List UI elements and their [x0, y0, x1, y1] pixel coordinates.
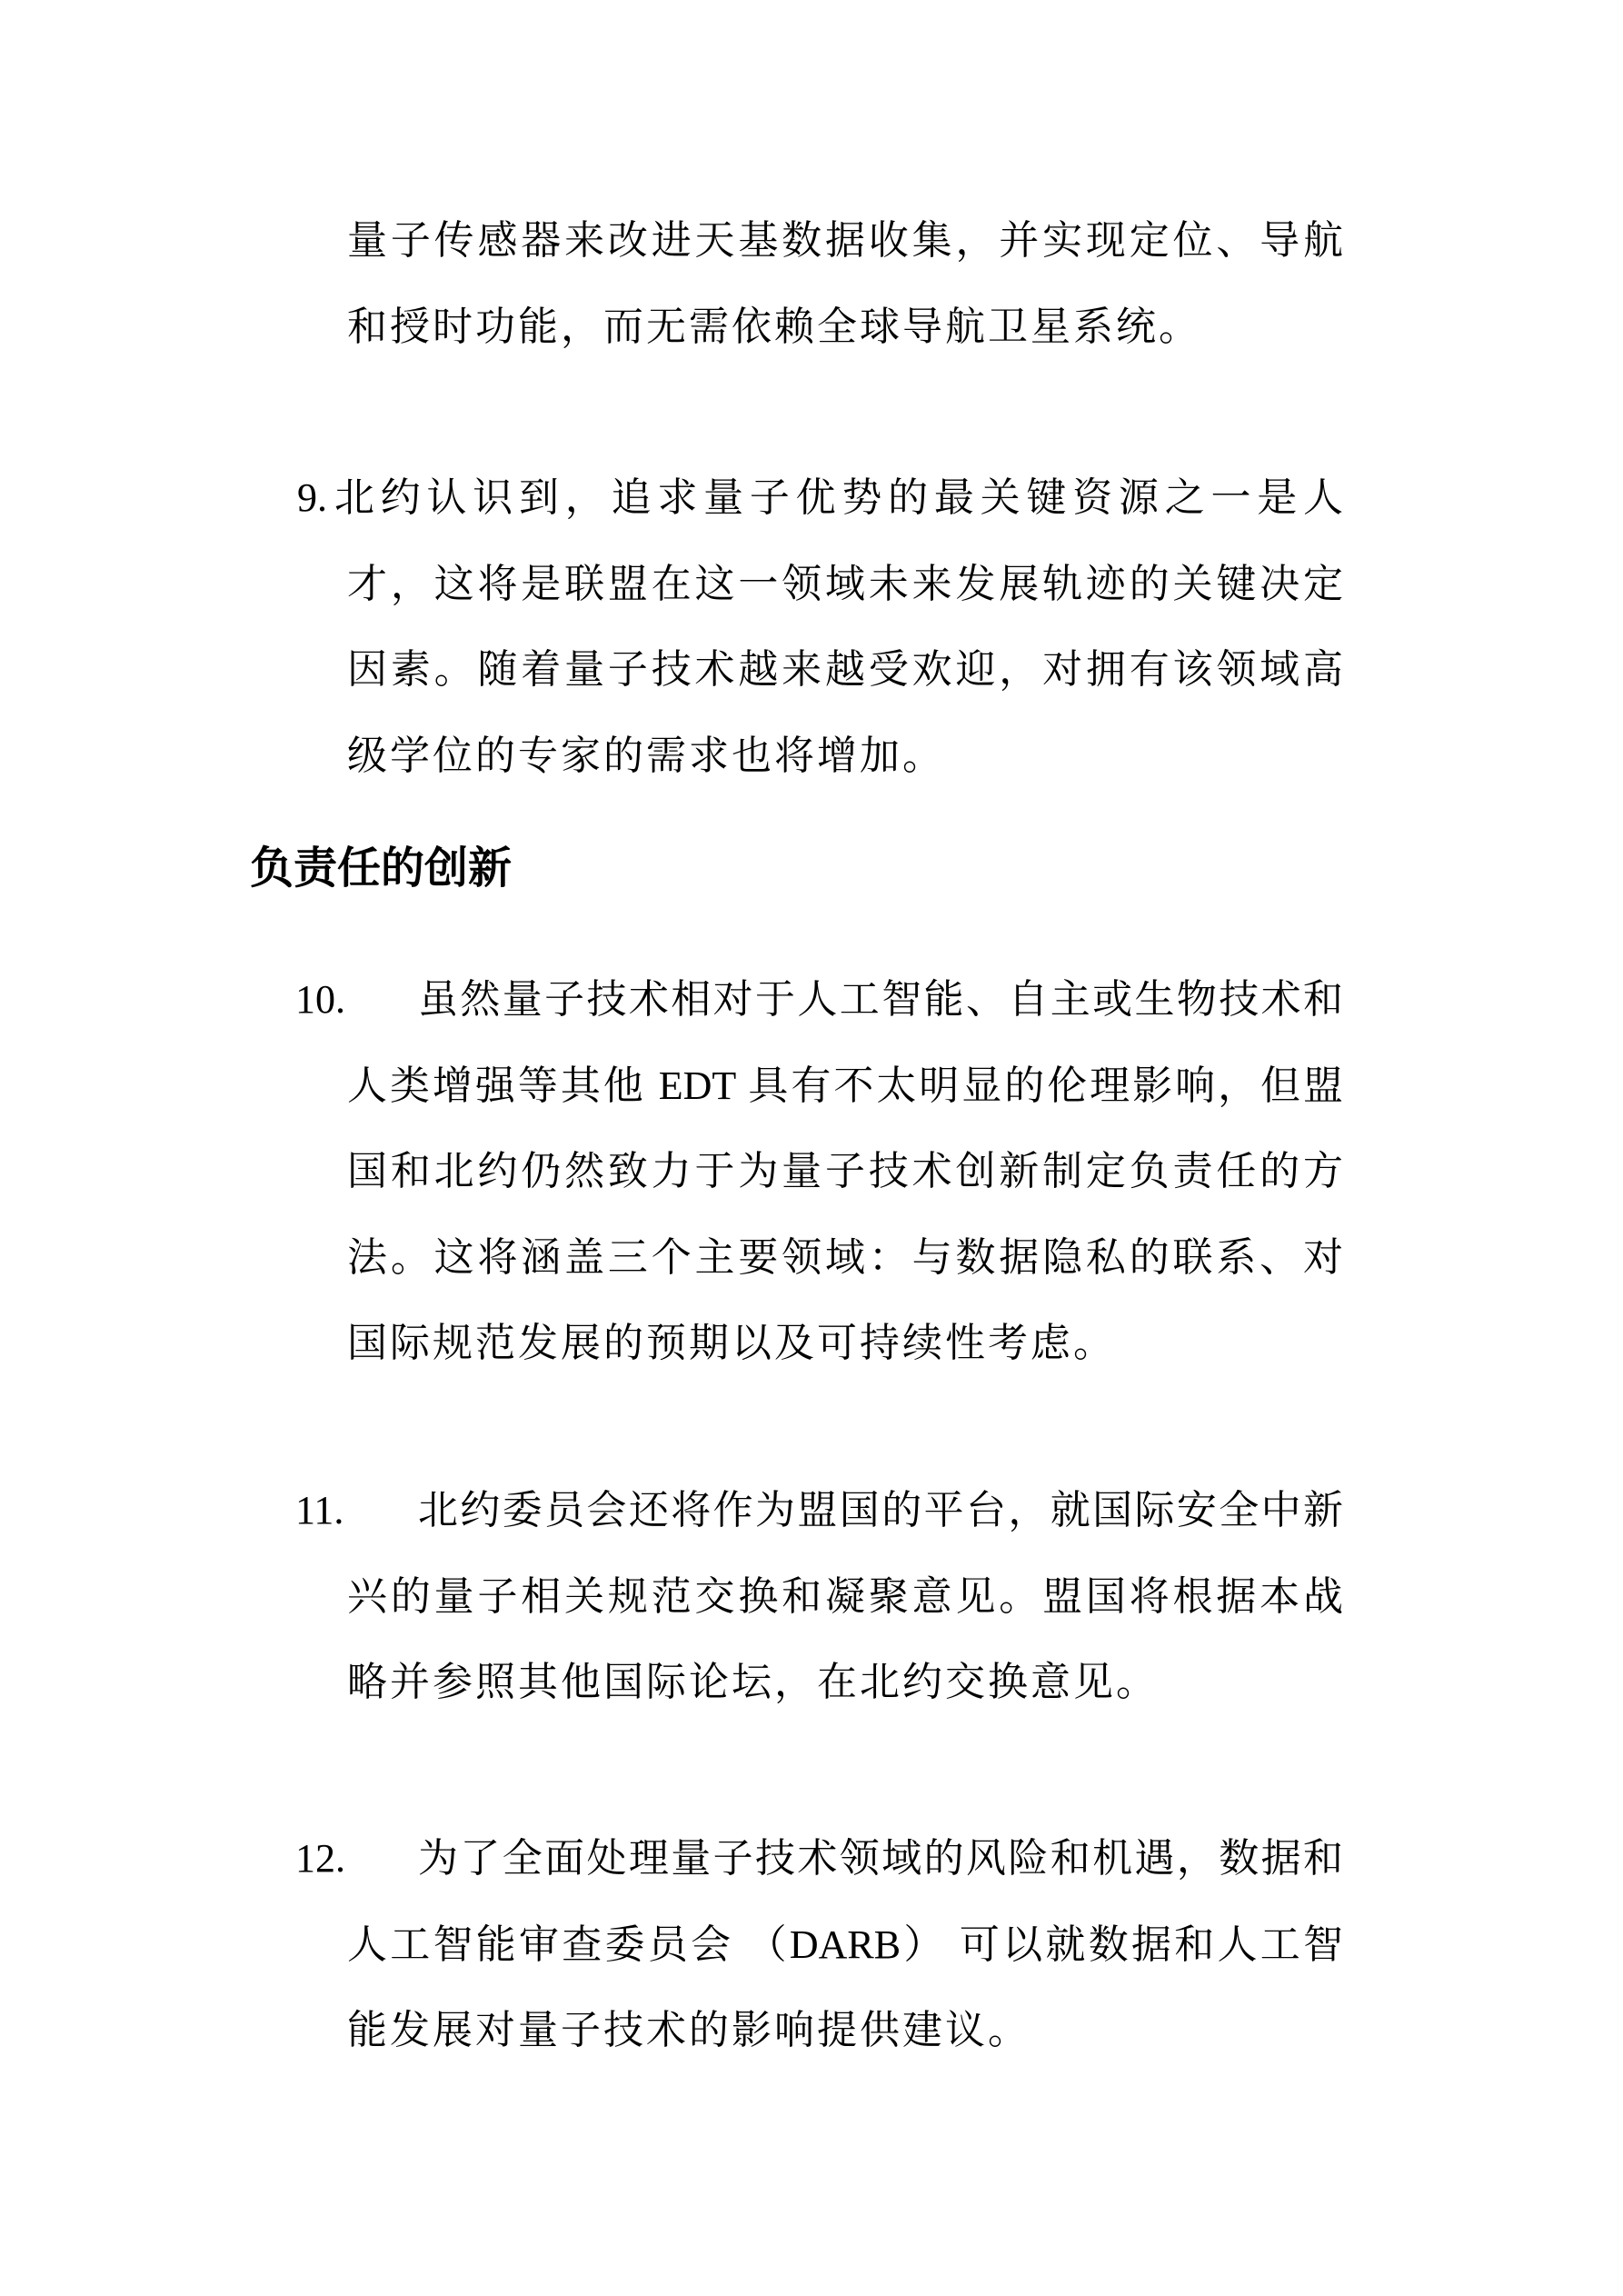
list-item-line: 北约认识到，追求量子优势的最关键资源之一是人: [334, 455, 1343, 542]
list-item-line: 国际规范发展的预期以及可持续性考虑。: [347, 1301, 1343, 1387]
list-item-line: 兴的量子相关规范交换和凝聚意见。盟国将根据本战: [347, 1554, 1343, 1641]
list-item-line: 虽然量子技术相对于人工智能、自主或生物技术和: [418, 957, 1343, 1043]
list-item-11: 11.北约委员会还将作为盟国的平台，就国际安全中新兴的量子相关规范交换和凝聚意见…: [295, 1468, 1343, 1726]
document-page: 量子传感器来改进天基数据收集，并实现定位、导航和授时功能，而无需依赖全球导航卫星…: [0, 0, 1623, 2296]
list-item-line: 才，这将是联盟在这一领域未来发展轨迹的关键决定: [347, 542, 1343, 628]
list-item-line: 国和北约仍然致力于为量子技术创新制定负责任的方: [347, 1129, 1343, 1215]
body-paragraph: 量子传感器来改进天基数据收集，并实现定位、导航和授时功能，而无需依赖全球导航卫星…: [347, 198, 1343, 370]
list-item-line: 能发展对量子技术的影响提供建议。: [347, 1988, 1343, 2074]
section-heading: 负责任的创新: [250, 841, 512, 897]
list-item-line: 因素。随着量子技术越来越受欢迎，对拥有该领域高: [347, 627, 1343, 714]
list-item-12: 12.为了全面处理量子技术领域的风险和机遇，数据和人工智能审查委员会 （DARB…: [295, 1816, 1343, 2074]
list-item-line: 略并参照其他国际论坛，在北约交换意见。: [347, 1640, 1343, 1726]
list-item-line: 法。这将涵盖三个主要领域：与数据隐私的联系、对: [347, 1215, 1343, 1302]
list-item-line: 北约委员会还将作为盟国的平台，就国际安全中新: [418, 1468, 1343, 1554]
list-item-10: 10.虽然量子技术相对于人工智能、自主或生物技术和人类增强等其他 EDT 具有不…: [295, 957, 1343, 1387]
paragraph-line: 量子传感器来改进天基数据收集，并实现定位、导航: [347, 198, 1343, 285]
section-heading-text: 负责任的创新: [250, 841, 512, 897]
list-number: 10.: [295, 957, 418, 1043]
paragraph-line: 和授时功能，而无需依赖全球导航卫星系统。: [347, 285, 1343, 371]
list-item-line: 人工智能审查委员会 （DARB） 可以就数据和人工智: [347, 1902, 1343, 1989]
list-item-line: 级学位的专家的需求也将增加。: [347, 714, 1343, 800]
list-item-9: 9.北约认识到，追求量子优势的最关键资源之一是人才，这将是联盟在这一领域未来发展…: [297, 455, 1343, 799]
list-number: 11.: [295, 1468, 418, 1554]
list-item-line: 人类增强等其他 EDT 具有不太明显的伦理影响，但盟: [347, 1043, 1343, 1130]
list-number: 12.: [295, 1816, 418, 1902]
list-number: 9.: [297, 455, 334, 542]
list-item-line: 为了全面处理量子技术领域的风险和机遇，数据和: [418, 1816, 1343, 1902]
